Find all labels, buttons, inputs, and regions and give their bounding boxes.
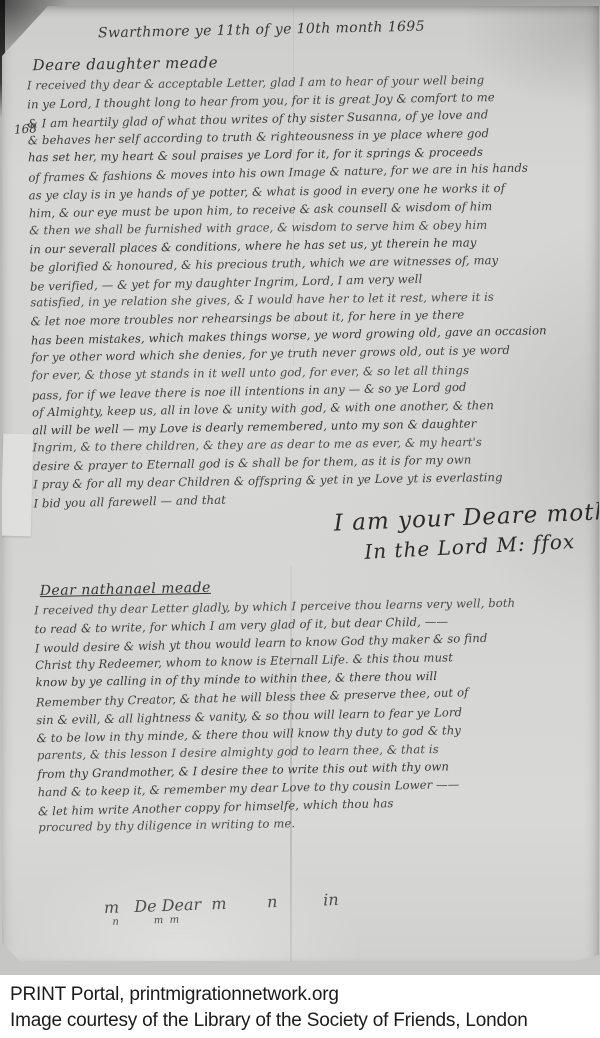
caption-credit: Image courtesy of the Library of the Soc…: [10, 1008, 600, 1034]
caption-bar: PRINT Portal, printmigrationnetwork.org …: [0, 975, 600, 1038]
manuscript-scan-page: 168 Swarthmore ye 11th of ye 10th month …: [0, 0, 600, 1038]
manuscript-paper: 168 Swarthmore ye 11th of ye 10th month …: [2, 6, 599, 961]
repair-patch: [1, 434, 34, 537]
pen-trials: m De Dear m n in n m m: [104, 890, 340, 928]
caption-source: PRINT Portal, printmigrationnetwork.org: [10, 982, 600, 1008]
letter-two: Dear nathanael meade I received thy dear…: [34, 573, 586, 838]
letter-one-body: I received thy dear & acceptable Letter,…: [27, 69, 591, 512]
letter-two-body: I received thy dear Letter gladly, by wh…: [34, 592, 585, 838]
manuscript-photo: 168 Swarthmore ye 11th of ye 10th month …: [0, 0, 600, 975]
letter-one: Deare daughter meade I received thy dear…: [26, 48, 590, 512]
letter-dateline: Swarthmore ye 11th of ye 10th month 1695: [98, 19, 425, 42]
signature-script: In the Lord M: ffox: [364, 529, 576, 564]
